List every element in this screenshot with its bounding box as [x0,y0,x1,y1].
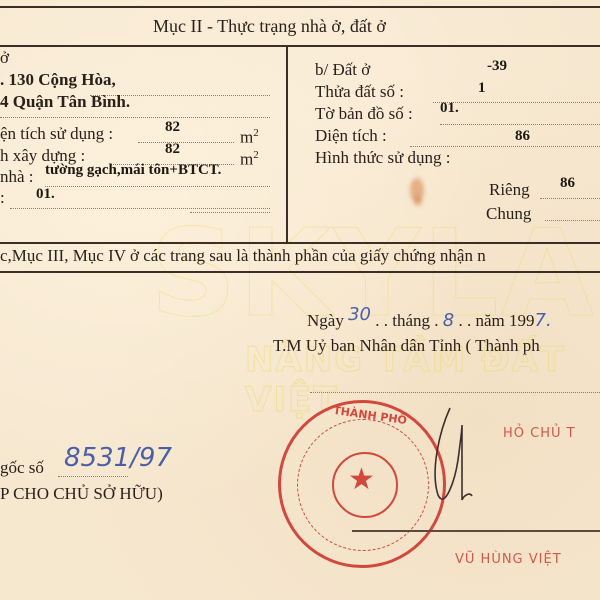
dotted-line [440,124,600,125]
dotted-line [138,142,234,143]
signature-line [352,530,600,532]
note-top-border [0,242,600,244]
month-label: tháng [392,311,430,330]
month-value: 8 [443,310,454,331]
usage-area-value: 82 [165,119,180,136]
map-sheet-value: 01. [440,100,459,117]
private-label: Riêng [489,180,530,200]
note-bottom-border [0,271,600,273]
dotted-line [10,208,270,209]
authority-line: T.M Uỷ ban Nhân dân Tỉnh ( Thành ph [273,336,540,356]
dotted-line [58,476,128,477]
address-line-2: 4 Quận Tân Bình. [0,92,130,112]
dotted-line [310,392,600,393]
signature [400,400,490,510]
section-title: Mục II - Thực trạng nhà ở, đất ở [153,16,386,37]
signer-name: VŨ HÙNG VIỆT [455,552,562,567]
usage-area-label: ện tích sử dụng : [0,124,113,144]
area-label: Diện tích : [315,126,387,146]
day-label: Ngày [307,311,344,330]
structure-value: tường gạch,mái tôn+BTCT. [45,162,221,179]
date-line: Ngày 30 . . tháng . 8 . . năm 1997. [307,310,552,331]
signer-title: HỎ CHỦ T [503,426,576,441]
usage-area-unit: m2 [240,127,259,148]
original-no-value: 8531/97 [64,443,172,473]
address-line-1: . 130 Cộng Hòa, [0,70,116,90]
private-value: 86 [560,175,575,192]
parcel-value: 1 [478,80,486,97]
dotted-line [540,198,600,199]
map-sheet-label: Tờ bản đồ số : [315,104,413,124]
top-border [0,6,600,8]
original-no-label: gốc số [0,458,44,478]
dotted-line [410,146,600,147]
note-text: c,Mục III, Mục IV ở các trang sau là thà… [0,246,486,266]
issued-to: P CHO CHỦ SỞ HỮU) [0,484,163,504]
floors-label: : [0,188,5,208]
parcel-label: Thửa đất số : [315,82,404,102]
structure-label: nhà : [0,167,34,187]
day-value: 30 [348,304,371,325]
land-value: -39 [487,58,507,75]
shared-label: Chung [486,204,531,224]
dotted-line [545,220,600,221]
column-divider [286,46,288,242]
dotted-line [190,212,270,213]
build-area-value: 82 [165,141,180,158]
area-value: 86 [515,128,530,145]
star-icon: ★ [348,462,375,497]
stain [414,196,422,206]
dotted-line [45,186,270,187]
left-header-fragment: ở [0,48,9,68]
floors-value: 01. [36,186,55,203]
year-label: năm 199 [475,311,534,330]
usage-form-label: Hình thức sử dụng : [315,148,451,168]
national-emblem-icon: ★ [332,452,398,518]
build-area-unit: m2 [240,149,259,170]
land-label: b/ Đất ở [315,60,370,80]
year-value: 7. [535,310,552,331]
dotted-line [0,117,270,118]
header-divider [0,45,600,47]
